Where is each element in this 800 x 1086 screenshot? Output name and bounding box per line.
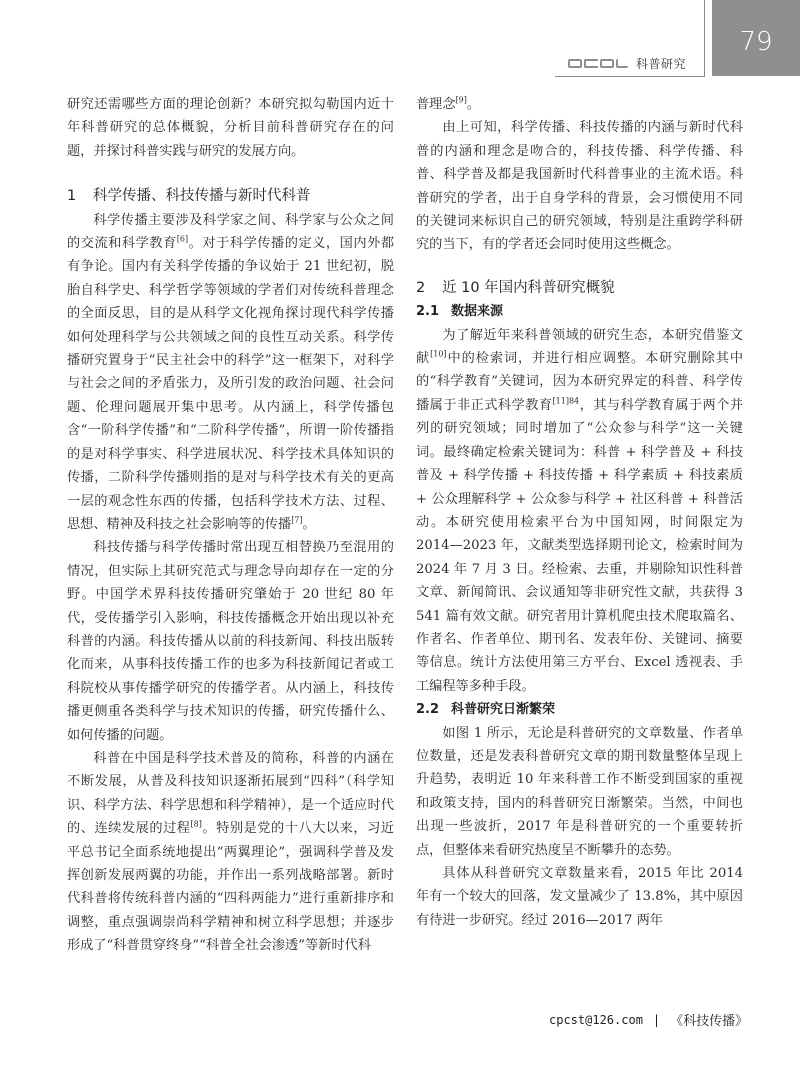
citation-ref[interactable]: [10]	[430, 350, 446, 359]
subsection-title: 科普研究日渐繁荣	[451, 702, 555, 717]
footer-separator: |	[653, 1013, 660, 1027]
subsection-number: 2.1	[416, 300, 451, 323]
paragraph-article-count: 具体从科普研究文章数量来看，2015 年比 2014 年有一个较大的回落，发文量…	[416, 862, 743, 932]
paragraph-summary: 由上可知，科学传播、科技传播的内涵与新时代科普的内涵和理念是吻合的，科技传播、科…	[416, 116, 743, 256]
section-heading-1: 1科学传播、科技传播与新时代科普	[67, 185, 394, 208]
subsection-number: 2.2	[416, 698, 451, 721]
paragraph-data-source: 为了解近年来科普领域的研究生态，本研究借鉴文献[10]中的检索词，并进行相应调整…	[416, 324, 743, 699]
paragraph-research-prosperity: 如图 1 所示，无论是科普研究的文章数量、作者单位数量，还是发表科普研究文章的期…	[416, 722, 743, 862]
paragraph-science-communication: 科学传播主要涉及科学家之间、科学家与公众之间的交流和科学教育[6]。对于科学传播…	[67, 209, 394, 537]
running-header: 科普研究	[568, 55, 686, 72]
subsection-heading-2-2: 2.2科普研究日渐繁荣	[416, 698, 743, 721]
journal-name: 《科技传播》	[670, 1010, 748, 1029]
paragraph-technology-communication: 科技传播与科学传播时常出现互相替换乃至混用的情况，但实际上其研究范式与理念导向却…	[67, 536, 394, 747]
intro-paragraph: 研究还需哪些方面的理论创新？本研究拟勾勒国内近十年科普研究的总体概貌，分析目前科…	[67, 93, 394, 163]
section-number: 1	[67, 185, 93, 208]
citation-ref[interactable]: [8]	[191, 820, 202, 829]
page-number-box: 79	[712, 0, 800, 76]
citation-ref[interactable]: [7]	[291, 516, 302, 525]
paragraph-continuation: 普理念[9]。	[416, 93, 743, 116]
left-column: 研究还需哪些方面的理论创新？本研究拟勾勒国内近十年科普研究的总体概貌，分析目前科…	[67, 93, 394, 958]
page-number: 79	[739, 27, 772, 57]
section-number: 2	[416, 277, 442, 300]
right-column: 普理念[9]。 由上可知，科学传播、科技传播的内涵与新时代科普的内涵和理念是吻合…	[416, 93, 743, 932]
contact-email-link[interactable]: cpcst@126.com	[549, 1013, 643, 1027]
section-title: 科学传播、科技传播与新时代科普	[93, 188, 311, 204]
subsection-heading-2-1: 2.1数据来源	[416, 300, 743, 323]
citation-ref[interactable]: [6]	[177, 235, 188, 244]
citation-ref[interactable]: [9]	[456, 96, 467, 105]
section-heading-2: 2近 10 年国内科普研究概貌	[416, 277, 743, 300]
page-footer: cpcst@126.com | 《科技传播》	[549, 1010, 748, 1029]
subsection-title: 数据来源	[451, 304, 503, 319]
citation-ref[interactable]: [11]84	[553, 396, 580, 405]
pcst-logo-icon	[568, 59, 628, 68]
section-title: 近 10 年国内科普研究概貌	[442, 280, 615, 296]
paragraph-kepu: 科普在中国是科学技术普及的简称，科普的内涵在不断发展，从普及科技知识逐渐拓展到“…	[67, 747, 394, 958]
section-name: 科普研究	[636, 55, 686, 72]
